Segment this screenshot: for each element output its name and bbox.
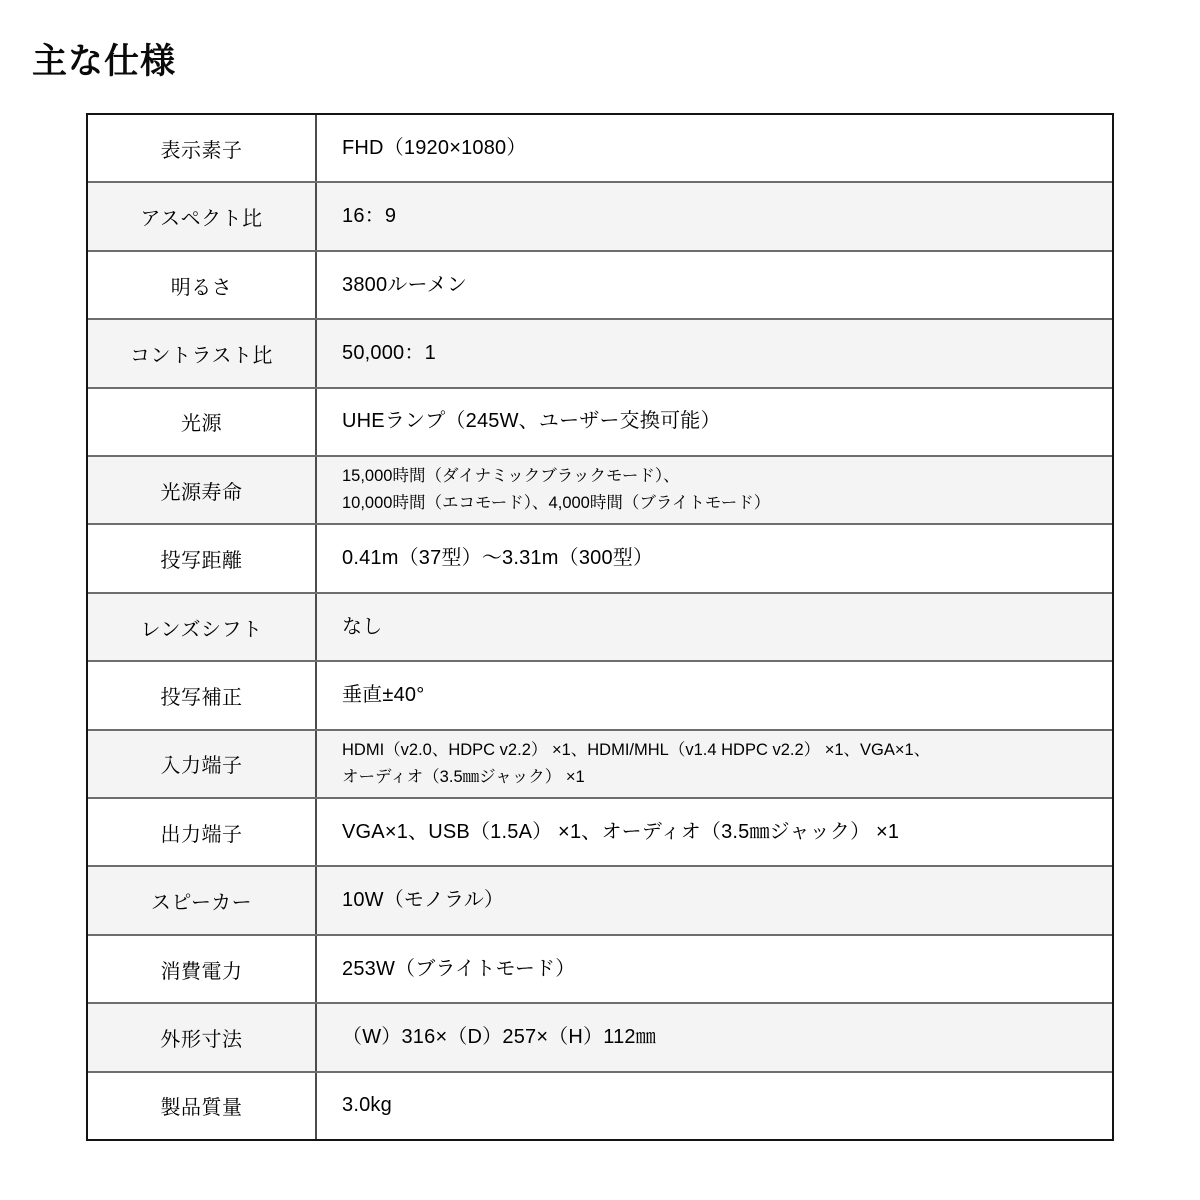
table-row: レンズシフトなし (88, 592, 1112, 660)
table-row: 表示素子FHD（1920×1080） (88, 115, 1112, 181)
page-title: 主な仕様 (32, 34, 176, 84)
table-row: アスペクト比16：9 (88, 181, 1112, 249)
page: 主な仕様 表示素子FHD（1920×1080）アスペクト比16：9明るさ3800… (0, 0, 1200, 1200)
table-row: 投写補正垂直±40° (88, 660, 1112, 728)
table-row: 投写距離0.41m（37型）～3.31m（300型） (88, 523, 1112, 591)
spec-label: 製品質量 (88, 1073, 317, 1139)
spec-value: （W）316×（D）257×（H）112㎜ (317, 1004, 1112, 1070)
table-row: スピーカー10W（モノラル） (88, 865, 1112, 933)
spec-value: VGA×1、USB（1.5A） ×1、オーディオ（3.5㎜ジャック） ×1 (317, 799, 1112, 865)
spec-label: 外形寸法 (88, 1004, 317, 1070)
table-row: 消費電力253W（ブライトモード） (88, 934, 1112, 1002)
spec-value: 15,000時間（ダイナミックブラックモード）、 10,000時間（エコモード）… (317, 457, 1112, 523)
spec-value: 3.0kg (317, 1073, 1112, 1139)
spec-label: 出力端子 (88, 799, 317, 865)
spec-label: コントラスト比 (88, 320, 317, 386)
spec-value: UHEランプ（245W、ユーザー交換可能） (317, 389, 1112, 455)
spec-label: 投写補正 (88, 662, 317, 728)
spec-value: 0.41m（37型）～3.31m（300型） (317, 525, 1112, 591)
spec-value: 垂直±40° (317, 662, 1112, 728)
spec-value: 253W（ブライトモード） (317, 936, 1112, 1002)
spec-value: 10W（モノラル） (317, 867, 1112, 933)
spec-label: 明るさ (88, 252, 317, 318)
table-row: コントラスト比50,000：1 (88, 318, 1112, 386)
spec-label: 光源寿命 (88, 457, 317, 523)
spec-value: 50,000：1 (317, 320, 1112, 386)
table-row: 製品質量3.0kg (88, 1071, 1112, 1139)
table-row: 光源寿命15,000時間（ダイナミックブラックモード）、 10,000時間（エコ… (88, 455, 1112, 523)
spec-label: 入力端子 (88, 731, 317, 797)
spec-label: 消費電力 (88, 936, 317, 1002)
spec-label: 表示素子 (88, 115, 317, 181)
spec-label: 光源 (88, 389, 317, 455)
spec-label: 投写距離 (88, 525, 317, 591)
spec-table: 表示素子FHD（1920×1080）アスペクト比16：9明るさ3800ルーメンコ… (86, 113, 1114, 1141)
table-row: 光源UHEランプ（245W、ユーザー交換可能） (88, 387, 1112, 455)
spec-label: レンズシフト (88, 594, 317, 660)
spec-value: FHD（1920×1080） (317, 115, 1112, 181)
spec-value: なし (317, 594, 1112, 660)
table-row: 入力端子HDMI（v2.0、HDPC v2.2） ×1、HDMI/MHL（v1.… (88, 729, 1112, 797)
table-row: 出力端子VGA×1、USB（1.5A） ×1、オーディオ（3.5㎜ジャック） ×… (88, 797, 1112, 865)
spec-value: 3800ルーメン (317, 252, 1112, 318)
table-row: 外形寸法（W）316×（D）257×（H）112㎜ (88, 1002, 1112, 1070)
spec-label: スピーカー (88, 867, 317, 933)
spec-label: アスペクト比 (88, 183, 317, 249)
spec-value: HDMI（v2.0、HDPC v2.2） ×1、HDMI/MHL（v1.4 HD… (317, 731, 1112, 797)
table-row: 明るさ3800ルーメン (88, 250, 1112, 318)
spec-value: 16：9 (317, 183, 1112, 249)
